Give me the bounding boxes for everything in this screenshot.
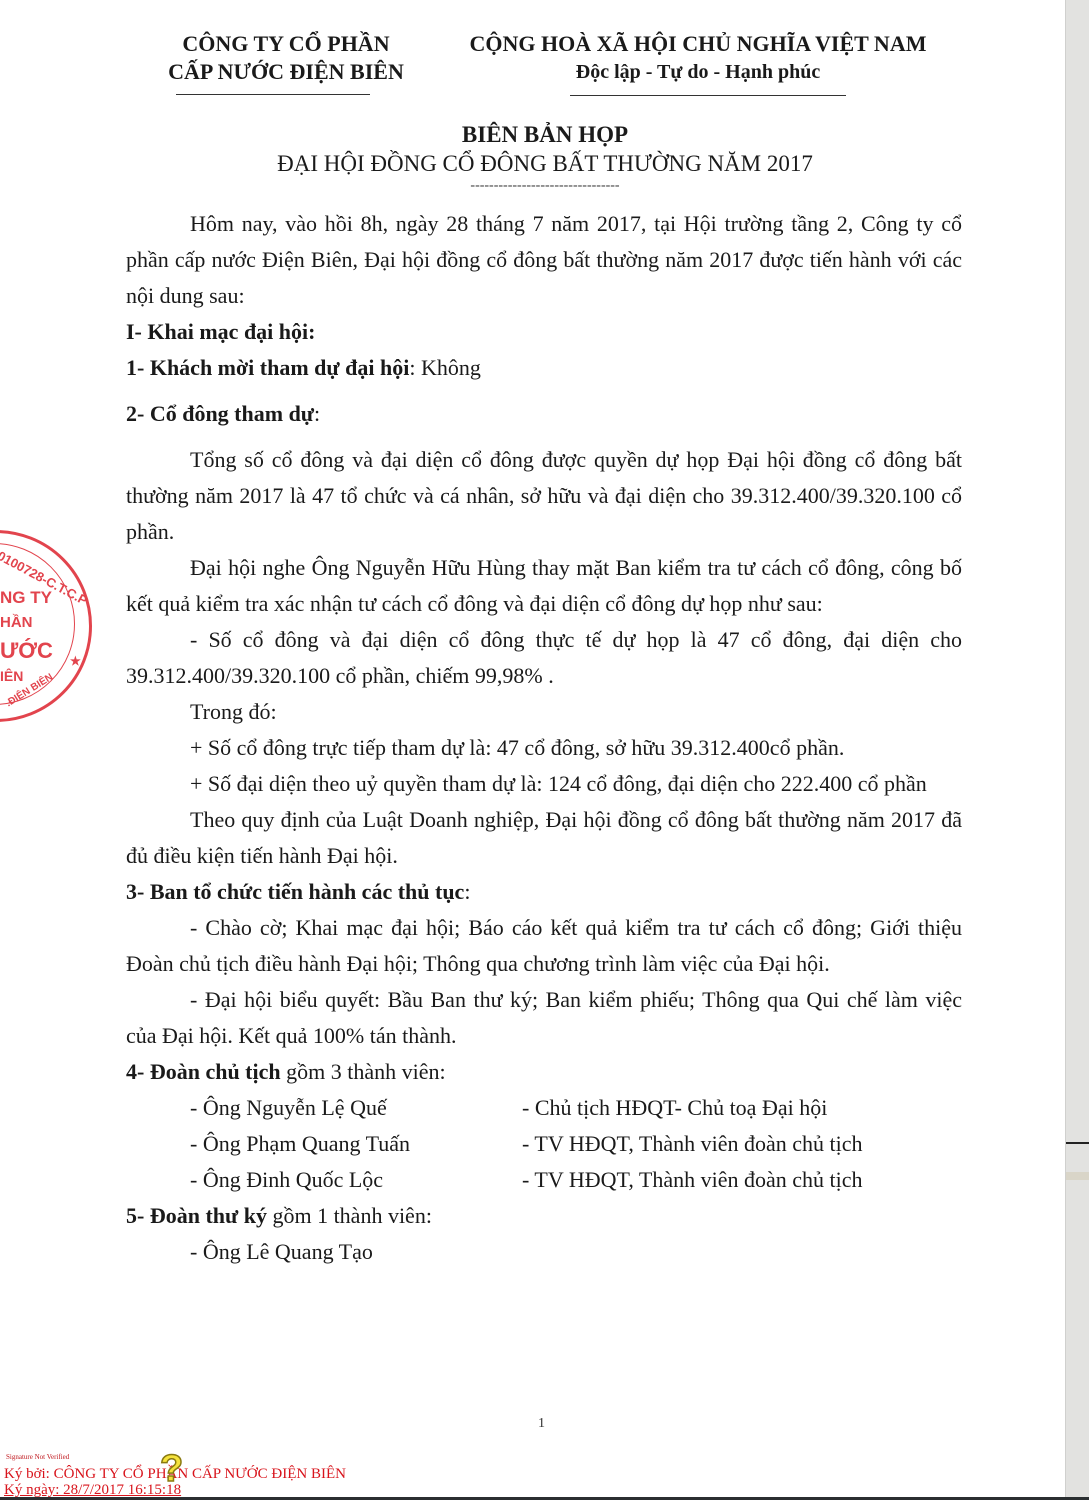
item-1-value: : Không bbox=[409, 355, 481, 380]
item-2-paragraph-5: + Số cổ đông trực tiếp tham dự là: 47 cổ… bbox=[126, 730, 962, 766]
item-3-label: 3- Ban tổ chức tiến hành các thủ tục bbox=[126, 879, 464, 904]
presidium-role: - TV HĐQT, Thành viên đoàn chủ tịch bbox=[522, 1162, 863, 1198]
item-1-guests: 1- Khách mời tham dự đại hội: Không bbox=[126, 350, 962, 386]
signature-signed-date: Ký ngày: 28/7/2017 16:15:18 bbox=[4, 1482, 181, 1499]
item-2-heading: 2- Cổ đông tham dự: bbox=[126, 396, 962, 432]
signature-unverified-icon[interactable]: ? bbox=[160, 1452, 188, 1486]
section-opening-heading: I- Khai mạc đại hội: bbox=[126, 314, 962, 350]
nation-title: CỘNG HOÀ XÃ HỘI CHỦ NGHĨA VIỆT NAM bbox=[448, 30, 948, 58]
stamp-star-icon: ★ bbox=[70, 654, 81, 668]
item-1-label: 1- Khách mời tham dự đại hội bbox=[126, 355, 409, 380]
nation-motto: Độc lập - Tự do - Hạnh phúc bbox=[448, 58, 948, 86]
scan-edge-strip bbox=[1065, 0, 1089, 1500]
stamp-line-4: IÊN bbox=[0, 668, 23, 684]
presidium-name: - Ông Nguyễn Lệ Quế bbox=[126, 1090, 522, 1126]
title-line1: BIÊN BẢN HỌP bbox=[120, 120, 970, 149]
page-number: 1 bbox=[538, 1416, 545, 1432]
item-3-paragraph-2: - Đại hội biểu quyết: Bầu Ban thư ký; Ba… bbox=[126, 982, 962, 1054]
item-2-paragraph-6: + Số đại diện theo uỷ quyền tham dự là: … bbox=[126, 766, 962, 802]
presidium-row: - Ông Phạm Quang Tuấn - TV HĐQT, Thành v… bbox=[126, 1126, 962, 1162]
presidium-name: - Ông Phạm Quang Tuấn bbox=[126, 1126, 522, 1162]
item-2-paragraph-4: Trong đó: bbox=[126, 694, 962, 730]
presidium-role: - Chủ tịch HĐQT- Chủ toạ Đại hội bbox=[522, 1090, 827, 1126]
item-2-paragraph-1: Tổng số cổ đông và đại diện cổ đông được… bbox=[126, 442, 962, 550]
document-title: BIÊN BẢN HỌP ĐẠI HỘI ĐỒNG CỔ ĐÔNG BẤT TH… bbox=[120, 120, 970, 178]
stamp-line-3: ƯỚC bbox=[0, 638, 53, 664]
nation-header: CỘNG HOÀ XÃ HỘI CHỦ NGHĨA VIỆT NAM Độc l… bbox=[448, 30, 948, 86]
nation-underline bbox=[570, 95, 846, 96]
presidium-name: - Ông Đinh Quốc Lộc bbox=[126, 1162, 522, 1198]
item-3-heading: 3- Ban tổ chức tiến hành các thủ tục: bbox=[126, 874, 962, 910]
presidium-role: - TV HĐQT, Thành viên đoàn chủ tịch bbox=[522, 1126, 863, 1162]
company-header: CÔNG TY CỔ PHẦN CẤP NƯỚC ĐIỆN BIÊN bbox=[126, 30, 446, 86]
stamp-line-1: NG TY bbox=[0, 588, 52, 608]
stamp-line-2: HẦN bbox=[0, 614, 33, 631]
item-4-label: 4- Đoàn chủ tịch bbox=[126, 1059, 281, 1084]
scan-edge-notch bbox=[1066, 1172, 1089, 1180]
item-5-label: 5- Đoàn thư ký bbox=[126, 1203, 267, 1228]
item-4-heading: 4- Đoàn chủ tịch gồm 3 thành viên: bbox=[126, 1054, 962, 1090]
company-name-line1: CÔNG TY CỔ PHẦN bbox=[126, 30, 446, 58]
document-body: Hôm nay, vào hồi 8h, ngày 28 tháng 7 năm… bbox=[126, 206, 962, 1270]
presidium-row: - Ông Đinh Quốc Lộc - TV HĐQT, Thành viê… bbox=[126, 1162, 962, 1198]
company-name-line2: CẤP NƯỚC ĐIỆN BIÊN bbox=[126, 58, 446, 86]
signature-status: Signature Not Verified bbox=[6, 1453, 69, 1461]
scan-edge-mark bbox=[1066, 1142, 1089, 1144]
company-underline bbox=[176, 94, 370, 95]
item-2-paragraph-7: Theo quy định của Luật Doanh nghiệp, Đại… bbox=[126, 802, 962, 874]
item-2-colon: : bbox=[314, 401, 320, 426]
item-3-paragraph-1: - Chào cờ; Khai mạc đại hội; Báo cáo kết… bbox=[126, 910, 962, 982]
title-separator: -------------------------------- bbox=[120, 178, 970, 194]
presidium-row: - Ông Nguyễn Lệ Quế - Chủ tịch HĐQT- Chủ… bbox=[126, 1090, 962, 1126]
item-5-rest: gồm 1 thành viên: bbox=[267, 1203, 432, 1228]
title-line2: ĐẠI HỘI ĐỒNG CỔ ĐÔNG BẤT THƯỜNG NĂM 2017 bbox=[120, 149, 970, 178]
intro-paragraph: Hôm nay, vào hồi 8h, ngày 28 tháng 7 năm… bbox=[126, 206, 962, 314]
item-4-rest: gồm 3 thành viên: bbox=[281, 1059, 446, 1084]
item-5-heading: 5- Đoàn thư ký gồm 1 thành viên: bbox=[126, 1198, 962, 1234]
secretary-name: - Ông Lê Quang Tạo bbox=[126, 1234, 962, 1270]
item-2-paragraph-2: Đại hội nghe Ông Nguyễn Hữu Hùng thay mặ… bbox=[126, 550, 962, 622]
item-2-label: 2- Cổ đông tham dự bbox=[126, 401, 314, 426]
item-3-colon: : bbox=[464, 879, 470, 904]
item-2-paragraph-3: - Số cổ đông và đại diện cổ đông thực tế… bbox=[126, 622, 962, 694]
